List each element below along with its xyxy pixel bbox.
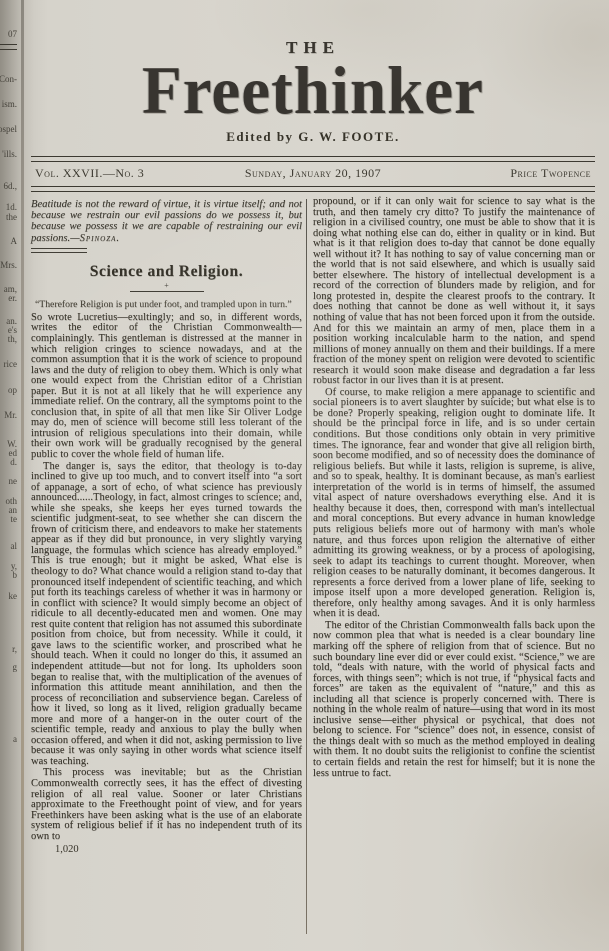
page-fold-edge xyxy=(21,0,24,951)
edge-text-fragment: er. xyxy=(8,294,17,303)
edge-text-fragment: the xyxy=(6,213,17,222)
paragraph: The danger is, says the editor, that the… xyxy=(31,462,302,768)
title-ornament-rule xyxy=(130,284,204,292)
edge-text-fragment: th, xyxy=(8,335,17,344)
edge-text-fragment: ne xyxy=(9,477,18,486)
edge-text-fragment: a xyxy=(13,735,17,744)
edge-text-fragment: d. xyxy=(10,458,17,467)
masthead: THE Freethinker Edited by G. W. FOOTE. xyxy=(31,38,595,145)
issue-info-row: Vol. XXVII.—No. 3 Sunday, January 20, 19… xyxy=(31,162,595,186)
edge-text-fragment: rice xyxy=(4,360,18,369)
epigraph-divider-rule xyxy=(31,248,87,253)
edge-text-fragment: Mrs. xyxy=(0,261,17,270)
edge-text-fragment: op xyxy=(8,386,17,395)
edge-text-fragment: A xyxy=(11,237,18,246)
edge-text-fragment: ospel xyxy=(0,125,17,134)
edge-text-fragment: 07 xyxy=(8,30,17,39)
edge-text-fragment: Mr. xyxy=(4,411,17,420)
article-title: Science and Religion. xyxy=(31,263,302,281)
left-column: Beatitude is not the reward of virtue, i… xyxy=(31,197,302,934)
epigraph: Beatitude is not the reward of virtue, i… xyxy=(31,199,302,244)
bottom-double-rule xyxy=(31,186,595,192)
paragraph: Of course, to make religion a mere appan… xyxy=(313,388,595,620)
page-content: THE Freethinker Edited by G. W. FOOTE. V… xyxy=(31,38,595,934)
left-edge-fragments: 07Con-ism.ospel'ills.6d.,1d.theAMrs.am,e… xyxy=(0,0,19,951)
edge-text-fragment: ism. xyxy=(2,100,17,109)
paragraph: propound, or if it can only wait for sci… xyxy=(313,197,595,387)
epigraph-attribution: Spinoza. xyxy=(80,233,120,244)
two-column-body: Beatitude is not the reward of virtue, i… xyxy=(31,197,595,934)
edge-text-fragment: b xyxy=(13,571,18,580)
column-divider-rule xyxy=(306,199,307,934)
edge-text-fragment: al xyxy=(11,542,18,551)
edge-text-fragment: 6d., xyxy=(4,182,18,191)
paragraph: This process was inevitable; but as the … xyxy=(31,768,302,842)
masthead-title: Freethinker xyxy=(31,59,595,123)
edge-text-fragment: 'ills. xyxy=(2,150,17,159)
edge-text-fragment: g xyxy=(13,663,18,672)
page-number: 1,020 xyxy=(31,844,302,855)
edge-text-fragment: r, xyxy=(12,645,17,654)
paragraph: So wrote Lucretius—exultingly; and so, i… xyxy=(31,313,302,461)
edge-text-fragment: Con- xyxy=(0,75,17,84)
masthead-editor-line: Edited by G. W. FOOTE. xyxy=(31,129,595,145)
article-opening-quote: “Therefore Religion is put under foot, a… xyxy=(31,300,302,310)
volume-number: Vol. XXVII.—No. 3 xyxy=(35,166,144,181)
right-column: propound, or if it can only wait for sci… xyxy=(313,197,595,934)
price-label: Price Twopence xyxy=(510,166,591,181)
newspaper-page: 07Con-ism.ospel'ills.6d.,1d.theAMrs.am,e… xyxy=(0,0,609,951)
edge-text-fragment: 1d. xyxy=(6,203,17,212)
epigraph-text: Beatitude is not the reward of virtue, i… xyxy=(31,199,302,244)
paragraph: The editor of the Christian Commonwealth… xyxy=(313,621,595,779)
edge-text-fragment: te xyxy=(11,515,18,524)
edge-text-fragment: ke xyxy=(9,592,18,601)
